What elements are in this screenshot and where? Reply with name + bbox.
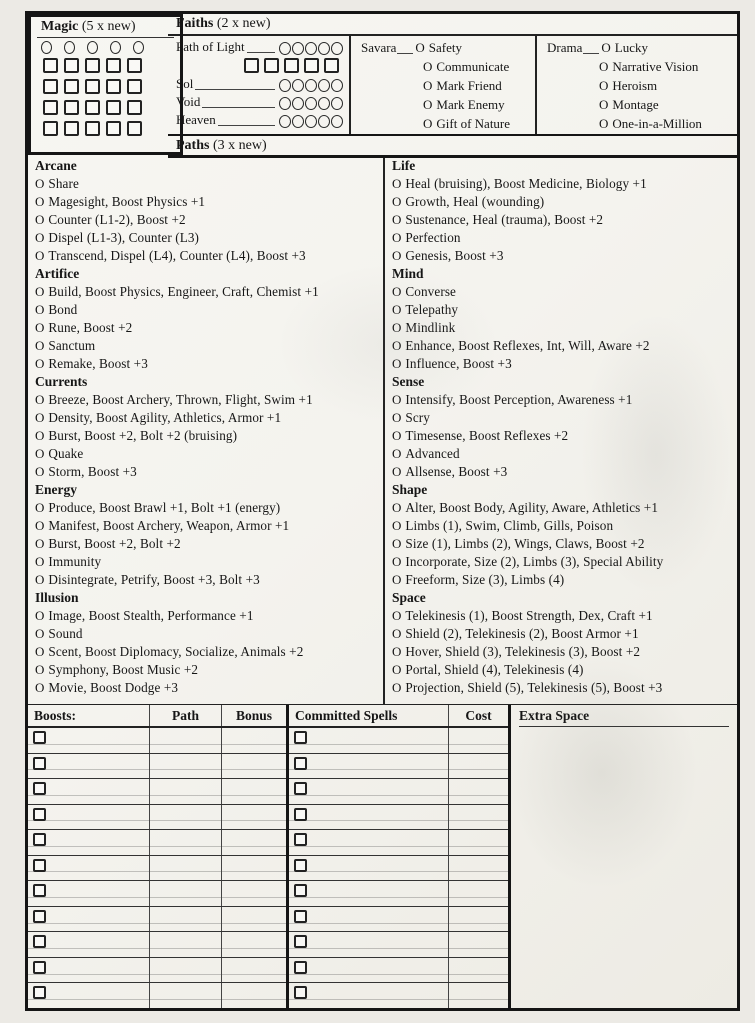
spell-entry: OGenesis, Boost +3 <box>392 247 733 265</box>
boost-checkbox <box>33 884 46 897</box>
spell-text: Size (1), Limbs (2), Wings, Claws, Boost… <box>405 536 644 551</box>
paths-title-suffix: (3 x new) <box>213 138 267 153</box>
magic-checkbox <box>106 121 121 136</box>
boost-checkbox <box>33 935 46 948</box>
boost-bonus-cell <box>222 779 286 804</box>
spell-circle-icon: O <box>392 428 401 443</box>
boosts-header-label: Boosts: <box>28 705 150 726</box>
spell-circle-icon: O <box>392 464 401 479</box>
bonus-header-label: Bonus <box>222 705 286 726</box>
savara-item: OMark Friend <box>361 76 531 95</box>
spell-text: Storm, Boost +3 <box>48 464 136 479</box>
committed-row <box>289 907 508 933</box>
committed-spell-cell <box>289 805 449 830</box>
boost-name-cell <box>28 728 150 753</box>
spell-entry: ODispel (L1-3), Counter (L3) <box>35 229 379 247</box>
spell-circle-icon: O <box>35 662 44 677</box>
faith-path: Heaven <box>176 111 343 129</box>
spell-list: OConverseOTelepathyOMindlinkOEnhance, Bo… <box>392 283 733 373</box>
spell-text: Dispel (L1-3), Counter (L3) <box>48 230 199 245</box>
spell-text: Hover, Shield (3), Telekinesis (3), Boos… <box>405 644 640 659</box>
spell-list: OBuild, Boost Physics, Engineer, Craft, … <box>35 283 379 373</box>
boosts-row <box>28 754 286 780</box>
spell-circle-icon: O <box>35 284 44 299</box>
magic-checkbox <box>106 79 121 94</box>
committed-spell-cell <box>289 958 449 983</box>
boosts-table-header: Boosts: Path Bonus <box>28 705 286 728</box>
spell-entry: OHeal (bruising), Boost Medicine, Biolog… <box>392 175 733 193</box>
magic-title-suffix: (5 x new) <box>82 19 136 34</box>
savara-blank-line <box>397 38 413 54</box>
magic-checkbox <box>64 79 79 94</box>
drama-first-row: Drama OLucky <box>547 38 733 57</box>
spell-school-title: Space <box>392 589 733 607</box>
ability-circle-icon: O <box>423 116 432 131</box>
boost-name-cell <box>28 805 150 830</box>
committed-checkbox <box>294 833 307 846</box>
boosts-row <box>28 805 286 831</box>
spell-text: Growth, Heal (wounding) <box>405 194 544 209</box>
boosts-rows <box>28 728 286 1008</box>
drama-item: ONarrative Vision <box>547 57 733 76</box>
committed-row <box>289 830 508 856</box>
spell-entry: OPortal, Shield (4), Telekinesis (4) <box>392 661 733 679</box>
faith-rank-circle <box>279 79 291 92</box>
committed-cost-cell <box>449 932 508 957</box>
boost-name-cell <box>28 881 150 906</box>
spell-entry: OBurst, Boost +2, Bolt +2 (bruising) <box>35 427 379 445</box>
spell-entry: OTelepathy <box>392 301 733 319</box>
spell-entry: OLimbs (1), Swim, Climb, Gills, Poison <box>392 517 733 535</box>
spell-text: Disintegrate, Petrify, Boost +3, Bolt +3 <box>48 572 259 587</box>
spell-entry: OSymphony, Boost Music +2 <box>35 661 379 679</box>
spell-circle-icon: O <box>35 302 44 317</box>
magic-checkbox-grid <box>37 55 174 139</box>
committed-spell-cell <box>289 983 449 1008</box>
savara-first-item: OSafety <box>415 38 462 57</box>
committed-table-header: Committed Spells Cost <box>289 705 508 728</box>
boost-checkbox <box>33 986 46 999</box>
committed-row <box>289 754 508 780</box>
committed-checkbox <box>294 986 307 999</box>
faith-rank-circle <box>292 42 304 55</box>
boost-name-cell <box>28 779 150 804</box>
committed-spell-cell <box>289 830 449 855</box>
spell-section: Sense OIntensify, Boost Perception, Awar… <box>392 373 733 481</box>
faith-path-row: Sol <box>176 75 343 93</box>
spell-entry: OTimesense, Boost Reflexes +2 <box>392 427 733 445</box>
spell-circle-icon: O <box>35 212 44 227</box>
spell-text: Heal (bruising), Boost Medicine, Biology… <box>405 176 646 191</box>
committed-spell-cell <box>289 881 449 906</box>
drama-item-text: Montage <box>612 97 658 112</box>
spell-text: Counter (L1-2), Boost +2 <box>48 212 185 227</box>
boost-path-cell <box>150 805 222 830</box>
ability-circle-icon: O <box>415 40 424 55</box>
spell-school-title: Illusion <box>35 589 379 607</box>
spell-circle-icon: O <box>35 428 44 443</box>
magic-checkbox <box>85 100 100 115</box>
savara-item: OCommunicate <box>361 57 531 76</box>
spell-section: Energy OProduce, Boost Brawl +1, Bolt +1… <box>35 481 379 589</box>
faith-rank-circle <box>305 79 317 92</box>
spell-entry: OAlter, Boost Body, Agility, Aware, Athl… <box>392 499 733 517</box>
boost-path-cell <box>150 856 222 881</box>
committed-cost-cell <box>449 983 508 1008</box>
savara-item-text: Mark Enemy <box>436 97 504 112</box>
faith-rank-circle <box>331 79 343 92</box>
spell-school-title: Energy <box>35 481 379 499</box>
spell-section: Illusion OImage, Boost Stealth, Performa… <box>35 589 379 697</box>
spell-circle-icon: O <box>392 338 401 353</box>
spell-school-title: Arcane <box>35 157 379 175</box>
faith-rank-circle <box>331 42 343 55</box>
spell-circle-icon: O <box>392 554 401 569</box>
spell-list: OShareOMagesight, Boost Physics +1OCount… <box>35 175 379 265</box>
spell-entry: ODensity, Boost Agility, Athletics, Armo… <box>35 409 379 427</box>
spell-text: Converse <box>405 284 456 299</box>
spell-text: Image, Boost Stealth, Performance +1 <box>48 608 253 623</box>
spell-text: Freeform, Size (3), Limbs (4) <box>405 572 564 587</box>
magic-title-text: Magic <box>41 19 78 34</box>
magic-checkbox <box>127 121 142 136</box>
spell-circle-icon: O <box>392 518 401 533</box>
drama-item-text: One-in-a-Million <box>612 116 702 131</box>
ability-circle-icon: O <box>423 97 432 112</box>
faiths-title-suffix: (2 x new) <box>217 16 271 31</box>
boost-path-cell <box>150 728 222 753</box>
drama-item: OMontage <box>547 95 733 114</box>
spell-list: OImage, Boost Stealth, Performance +1OSo… <box>35 607 379 697</box>
spell-text: Burst, Boost +2, Bolt +2 (bruising) <box>48 428 237 443</box>
committed-checkbox <box>294 910 307 923</box>
spell-lists-section: Arcane OShareOMagesight, Boost Physics +… <box>28 155 737 704</box>
spell-entry: OBuild, Boost Physics, Engineer, Craft, … <box>35 283 379 301</box>
magic-checkbox <box>106 100 121 115</box>
magic-checkbox <box>127 58 142 73</box>
spell-list: OProduce, Boost Brawl +1, Bolt +1 (energ… <box>35 499 379 589</box>
faith-checkbox-row <box>176 56 343 75</box>
committed-spell-cell <box>289 728 449 753</box>
spell-circle-icon: O <box>35 230 44 245</box>
spell-entry: OBreeze, Boost Archery, Thrown, Flight, … <box>35 391 379 409</box>
boosts-row <box>28 932 286 958</box>
boosts-row <box>28 958 286 984</box>
spell-circle-icon: O <box>35 608 44 623</box>
spell-entry: OProjection, Shield (5), Telekinesis (5)… <box>392 679 733 697</box>
boost-bonus-cell <box>222 805 286 830</box>
magic-checkbox <box>64 100 79 115</box>
faith-rank-circle <box>318 97 330 110</box>
spell-circle-icon: O <box>392 446 401 461</box>
magic-box: Magic (5 x new) <box>28 14 183 155</box>
committed-row <box>289 958 508 984</box>
spell-circle-icon: O <box>392 536 401 551</box>
spell-list: OBreeze, Boost Archery, Thrown, Flight, … <box>35 391 379 481</box>
spell-entry: OSanctum <box>35 337 379 355</box>
spell-section: Arcane OShareOMagesight, Boost Physics +… <box>35 157 379 265</box>
boosts-row <box>28 856 286 882</box>
ability-circle-icon: O <box>599 59 608 74</box>
spell-entry: OAllsense, Boost +3 <box>392 463 733 481</box>
faith-path: Void <box>176 93 343 111</box>
committed-checkbox <box>294 859 307 872</box>
spell-text: Sustenance, Heal (trauma), Boost +2 <box>405 212 603 227</box>
committed-checkbox <box>294 757 307 770</box>
committed-checkbox <box>294 961 307 974</box>
committed-cost-cell <box>449 728 508 753</box>
spell-section: Life OHeal (bruising), Boost Medicine, B… <box>392 157 733 265</box>
savara-item-text: Gift of Nature <box>436 116 510 131</box>
spell-circle-icon: O <box>35 446 44 461</box>
magic-checkbox-row <box>37 118 174 139</box>
boost-path-cell <box>150 779 222 804</box>
ability-circle-icon: O <box>599 116 608 131</box>
spell-text: Build, Boost Physics, Engineer, Craft, C… <box>48 284 318 299</box>
spell-entry: OIncorporate, Size (2), Limbs (3), Speci… <box>392 553 733 571</box>
spell-list: OIntensify, Boost Perception, Awareness … <box>392 391 733 481</box>
faith-checkbox <box>304 58 319 73</box>
spell-text: Enhance, Boost Reflexes, Int, Will, Awar… <box>405 338 649 353</box>
boost-name-cell <box>28 983 150 1008</box>
spell-entry: OEnhance, Boost Reflexes, Int, Will, Awa… <box>392 337 733 355</box>
spell-list: OAlter, Boost Body, Agility, Aware, Athl… <box>392 499 733 589</box>
boost-checkbox <box>33 859 46 872</box>
committed-cost-cell <box>449 779 508 804</box>
committed-spells-table: Committed Spells Cost <box>289 705 511 1008</box>
boost-checkbox <box>33 833 46 846</box>
boost-bonus-cell <box>222 881 286 906</box>
faith-path-row: Void <box>176 93 343 111</box>
spell-circle-icon: O <box>392 356 401 371</box>
spell-entry: OTranscend, Dispel (L4), Counter (L4), B… <box>35 247 379 265</box>
spell-entry: ODisintegrate, Petrify, Boost +3, Bolt +… <box>35 571 379 589</box>
drama-item-text: Heroism <box>612 78 657 93</box>
spell-school-title: Currents <box>35 373 379 391</box>
spell-text: Telepathy <box>405 302 458 317</box>
spell-entry: OMindlink <box>392 319 733 337</box>
committed-spell-cell <box>289 779 449 804</box>
boost-name-cell <box>28 830 150 855</box>
spell-entry: OGrowth, Heal (wounding) <box>392 193 733 211</box>
boost-bonus-cell <box>222 728 286 753</box>
savara-item-text: Communicate <box>436 59 509 74</box>
spell-school-title: Sense <box>392 373 733 391</box>
ability-circle-icon: O <box>423 59 432 74</box>
drama-item-text: Narrative Vision <box>612 59 698 74</box>
magic-checkbox <box>127 100 142 115</box>
boost-checkbox <box>33 731 46 744</box>
savara-item-text: Mark Friend <box>436 78 501 93</box>
boosts-table: Boosts: Path Bonus <box>28 705 289 1008</box>
boost-name-cell <box>28 907 150 932</box>
magic-title: Magic (5 x new) <box>37 17 174 38</box>
paths-header-bar: Paths (3 x new) <box>168 136 737 158</box>
faiths-title: Faiths (2 x new) <box>168 14 737 36</box>
faith-rank-circle <box>331 97 343 110</box>
boosts-row <box>28 881 286 907</box>
faith-path-row: Path of Light <box>176 38 343 56</box>
spell-circle-icon: O <box>392 320 401 335</box>
spell-circle-icon: O <box>392 212 401 227</box>
boost-bonus-cell <box>222 856 286 881</box>
bottom-section: Boosts: Path Bonus <box>28 704 737 1008</box>
cost-header-label: Cost <box>449 705 508 726</box>
spell-circle-icon: O <box>392 626 401 641</box>
spell-entry: OProduce, Boost Brawl +1, Bolt +1 (energ… <box>35 499 379 517</box>
spell-circle-icon: O <box>35 464 44 479</box>
spell-text: Alter, Boost Body, Agility, Aware, Athle… <box>405 500 658 515</box>
spell-entry: OQuake <box>35 445 379 463</box>
magic-rank-circle <box>133 41 144 54</box>
boost-bonus-cell <box>222 907 286 932</box>
spell-circle-icon: O <box>35 392 44 407</box>
spell-circle-icon: O <box>392 176 401 191</box>
spell-school-title: Life <box>392 157 733 175</box>
faith-rank-circle <box>279 42 291 55</box>
savara-first-item-text: Safety <box>429 40 462 55</box>
boost-path-cell <box>150 754 222 779</box>
spell-text: Share <box>48 176 79 191</box>
faith-paths-list: Path of Light Sol <box>168 36 351 134</box>
committed-row <box>289 856 508 882</box>
magic-checkbox <box>85 121 100 136</box>
spell-circle-icon: O <box>392 284 401 299</box>
path-header-label: Path <box>150 705 222 726</box>
spell-circle-icon: O <box>392 392 401 407</box>
spell-text: Sound <box>48 626 82 641</box>
spell-text: Perfection <box>405 230 460 245</box>
magic-checkbox <box>43 79 58 94</box>
spell-circle-icon: O <box>392 572 401 587</box>
boost-path-cell <box>150 830 222 855</box>
spell-entry: OManifest, Boost Archery, Weapon, Armor … <box>35 517 379 535</box>
spell-circle-icon: O <box>392 248 401 263</box>
spell-school-title: Shape <box>392 481 733 499</box>
faith-rank-circles <box>278 79 343 93</box>
spell-entry: OShare <box>35 175 379 193</box>
committed-cost-cell <box>449 881 508 906</box>
spell-entry: ORemake, Boost +3 <box>35 355 379 373</box>
spell-text: Remake, Boost +3 <box>48 356 148 371</box>
faiths-box: Faiths (2 x new) Path of Light <box>168 14 737 136</box>
committed-checkbox <box>294 782 307 795</box>
spell-text: Allsense, Boost +3 <box>405 464 507 479</box>
faiths-and-paths: Faiths (2 x new) Path of Light <box>168 14 737 155</box>
spell-text: Limbs (1), Swim, Climb, Gills, Poison <box>405 518 613 533</box>
spell-circle-icon: O <box>35 176 44 191</box>
faith-checkbox <box>324 58 339 73</box>
committed-spells-header-label: Committed Spells <box>289 705 449 726</box>
spell-section: Shape OAlter, Boost Body, Agility, Aware… <box>392 481 733 589</box>
spell-circle-icon: O <box>35 626 44 641</box>
committed-checkbox <box>294 808 307 821</box>
magic-rank-circle <box>64 41 75 54</box>
magic-checkbox <box>85 58 100 73</box>
spell-text: Movie, Boost Dodge +3 <box>48 680 178 695</box>
spell-entry: OImmunity <box>35 553 379 571</box>
magic-rank-circle <box>41 41 52 54</box>
spell-section: Artifice OBuild, Boost Physics, Engineer… <box>35 265 379 373</box>
spell-circle-icon: O <box>392 608 401 623</box>
ability-circle-icon: O <box>599 78 608 93</box>
magic-checkbox <box>64 121 79 136</box>
magic-circle-row <box>37 38 174 55</box>
boost-name-cell <box>28 754 150 779</box>
faith-rank-circles <box>278 115 343 129</box>
spell-entry: OFreeform, Size (3), Limbs (4) <box>392 571 733 589</box>
magic-checkbox <box>43 58 58 73</box>
committed-spell-cell <box>289 856 449 881</box>
faith-blank-line <box>218 125 275 126</box>
spell-text: Scent, Boost Diplomacy, Socialize, Anima… <box>48 644 303 659</box>
spell-text: Immunity <box>48 554 101 569</box>
drama-first-item-text: Lucky <box>615 40 648 55</box>
spell-circle-icon: O <box>35 356 44 371</box>
faith-rank-circle <box>279 115 291 128</box>
spell-text: Rune, Boost +2 <box>48 320 132 335</box>
drama-section: Drama OLucky ONarrative VisionOHeroismOM… <box>537 36 737 134</box>
spell-circle-icon: O <box>35 680 44 695</box>
spell-circle-icon: O <box>392 410 401 425</box>
committed-checkbox <box>294 731 307 744</box>
faith-path: Sol <box>176 75 343 93</box>
boost-bonus-cell <box>222 754 286 779</box>
savara-item: OMark Enemy <box>361 95 531 114</box>
faith-rank-circle <box>292 97 304 110</box>
boost-bonus-cell <box>222 958 286 983</box>
spell-text: Advanced <box>405 446 459 461</box>
spell-entry: OCounter (L1-2), Boost +2 <box>35 211 379 229</box>
spell-circle-icon: O <box>35 338 44 353</box>
faith-rank-circle <box>318 79 330 92</box>
spell-circle-icon: O <box>392 302 401 317</box>
spell-entry: OStorm, Boost +3 <box>35 463 379 481</box>
spell-column-left: Arcane OShareOMagesight, Boost Physics +… <box>28 155 385 704</box>
spell-text: Quake <box>48 446 83 461</box>
spell-circle-icon: O <box>392 230 401 245</box>
magic-checkbox <box>43 100 58 115</box>
magic-checkbox-row <box>37 76 174 97</box>
faith-blank-line <box>195 89 275 90</box>
boost-path-cell <box>150 907 222 932</box>
faiths-columns: Path of Light Sol <box>168 36 737 134</box>
committed-cost-cell <box>449 907 508 932</box>
drama-item: OHeroism <box>547 76 733 95</box>
faith-path-label: Path of Light <box>176 38 245 56</box>
spell-text: Symphony, Boost Music +2 <box>48 662 198 677</box>
spell-text: Intensify, Boost Perception, Awareness +… <box>405 392 632 407</box>
spell-school-title: Mind <box>392 265 733 283</box>
spell-entry: OHover, Shield (3), Telekinesis (3), Boo… <box>392 643 733 661</box>
faith-rank-circle <box>318 115 330 128</box>
spell-circle-icon: O <box>35 572 44 587</box>
faith-path-row: Heaven <box>176 111 343 129</box>
spell-entry: OScry <box>392 409 733 427</box>
boost-checkbox <box>33 757 46 770</box>
spell-section: Currents OBreeze, Boost Archery, Thrown,… <box>35 373 379 481</box>
spell-text: Density, Boost Agility, Athletics, Armor… <box>48 410 281 425</box>
faith-checkbox <box>244 58 259 73</box>
spell-entry: OShield (2), Telekinesis (2), Boost Armo… <box>392 625 733 643</box>
committed-row <box>289 779 508 805</box>
committed-rows <box>289 728 508 1008</box>
faith-rank-circle <box>331 115 343 128</box>
magic-rank-circle <box>110 41 121 54</box>
magic-checkbox <box>106 58 121 73</box>
spell-text: Genesis, Boost +3 <box>405 248 503 263</box>
spell-entry: OAdvanced <box>392 445 733 463</box>
